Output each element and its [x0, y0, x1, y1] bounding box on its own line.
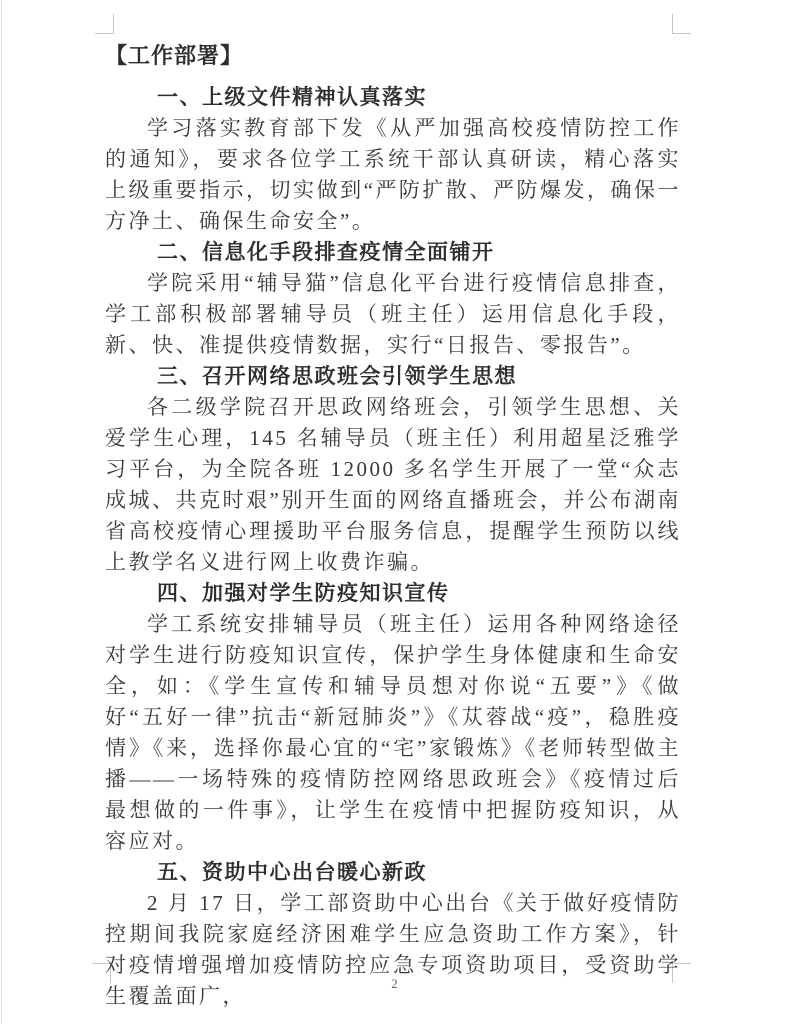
- document-section: 四、加强对学生防疫知识宣传 学工系统安排辅导员（班主任）运用各种网络途径对学生进…: [105, 578, 681, 857]
- body-paragraph: 学工系统安排辅导员（班主任）运用各种网络途径对学生进行防疫知识宣传，保护学生身体…: [105, 609, 681, 857]
- body-paragraph: 学院采用“辅导猫”信息化平台进行疫情信息排查，学工部积极部署辅导员（班主任）运用…: [105, 268, 681, 361]
- crop-mark-top-left: [95, 14, 114, 34]
- document-content: 【工作部署】 一、上级文件精神认真落实 学习落实教育部下发《从严加强高校疫情防控…: [105, 40, 681, 1012]
- document-section: 二、信息化手段排查疫情全面铺开 学院采用“辅导猫”信息化平台进行疫情信息排查，学…: [105, 237, 681, 361]
- section-heading: 四、加强对学生防疫知识宣传: [105, 578, 681, 609]
- section-heading: 五、资助中心出台暖心新政: [105, 857, 681, 888]
- document-section: 一、上级文件精神认真落实 学习落实教育部下发《从严加强高校疫情防控工作的通知》，…: [105, 82, 681, 237]
- section-heading: 三、召开网络思政班会引领学生思想: [105, 361, 681, 392]
- body-paragraph: 2 月 17 日，学工部资助中心出台《关于做好疫情防控期间我院家庭经济困难学生应…: [105, 888, 681, 1012]
- page-edge-line: [1, 0, 2, 1024]
- body-paragraph: 各二级学院召开思政网络班会，引领学生思想、关爱学生心理，145 名辅导员（班主任…: [105, 392, 681, 578]
- body-paragraph: 学习落实教育部下发《从严加强高校疫情防控工作的通知》，要求各位学工系统干部认真研…: [105, 113, 681, 237]
- document-section: 三、召开网络思政班会引领学生思想 各二级学院召开思政网络班会，引领学生思想、关爱…: [105, 361, 681, 578]
- page-number: 2: [0, 976, 789, 992]
- sections-container: 一、上级文件精神认真落实 学习落实教育部下发《从严加强高校疫情防控工作的通知》，…: [105, 82, 681, 1012]
- document-title: 【工作部署】: [105, 40, 681, 71]
- section-heading: 一、上级文件精神认真落实: [105, 82, 681, 113]
- section-heading: 二、信息化手段排查疫情全面铺开: [105, 237, 681, 268]
- crop-mark-top-right: [672, 14, 691, 34]
